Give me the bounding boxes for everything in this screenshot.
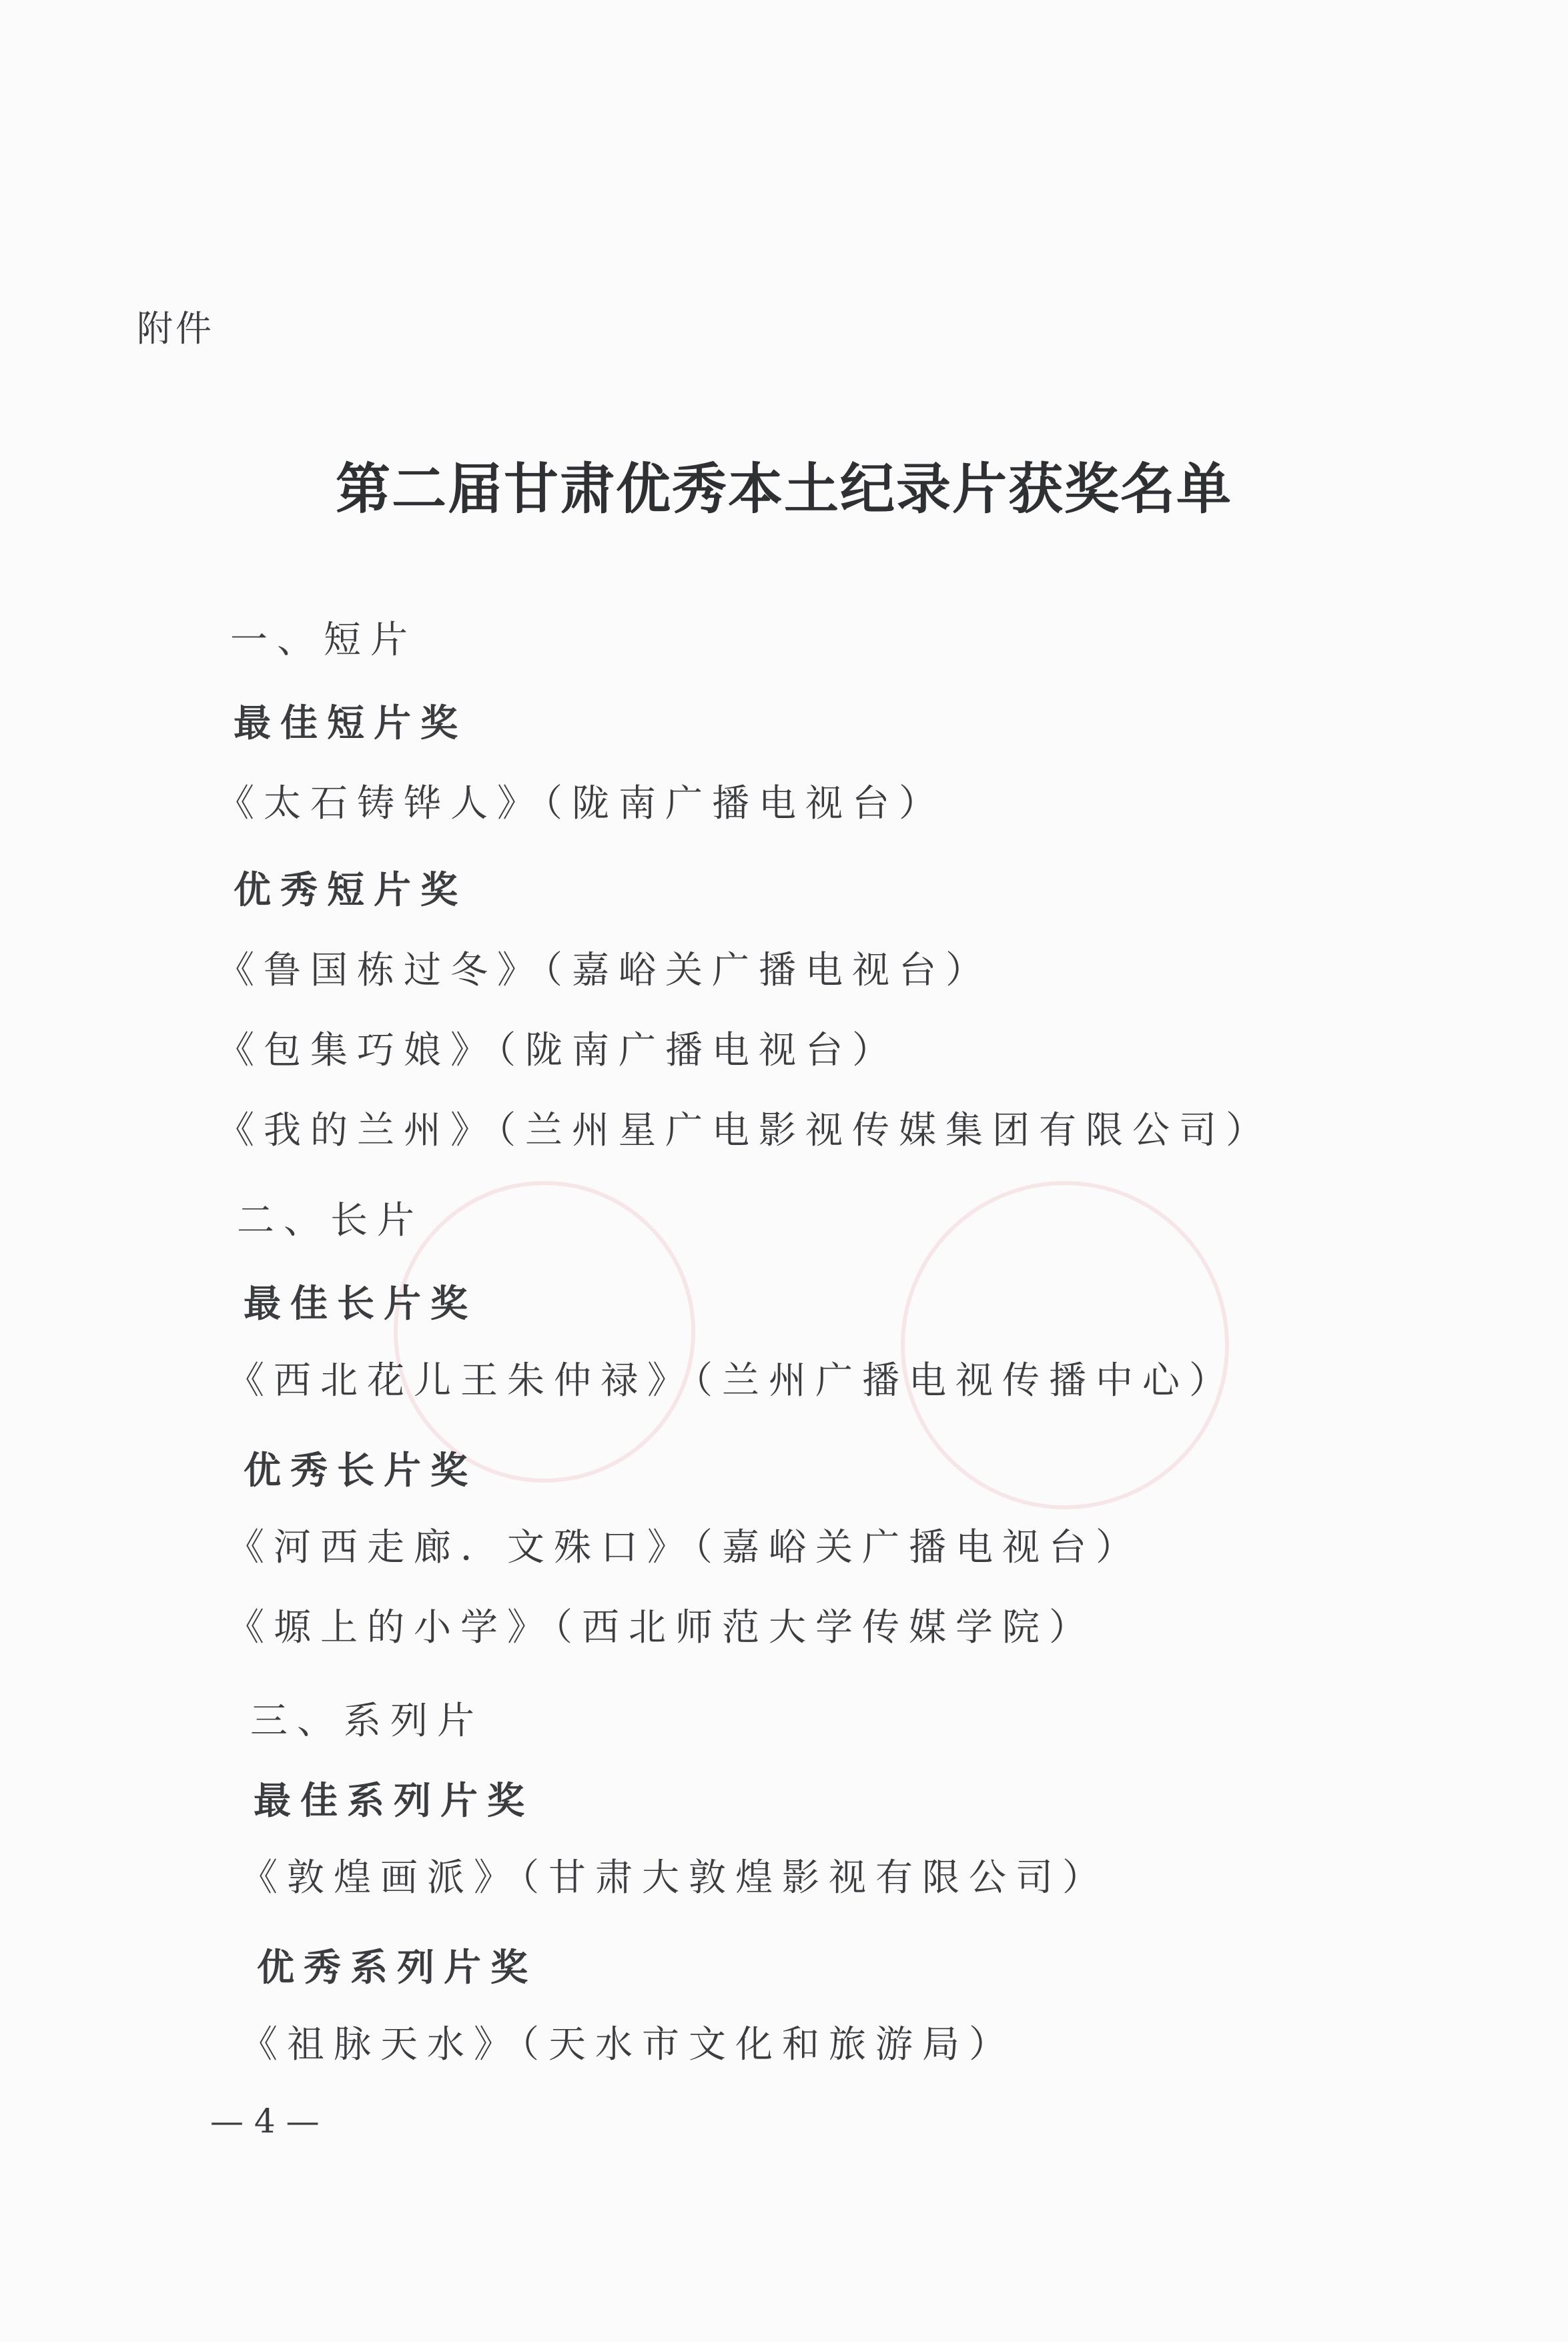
seal-stamp-left [394, 1181, 695, 1483]
section-heading-short: 一、短片 [230, 611, 417, 664]
entry: 《太石铸铧人》（陇南广播电视台） [217, 774, 945, 827]
attachment-label: 附件 [137, 300, 214, 352]
entry: 《我的兰州》（兰州星广电影视传媒集团有限公司） [217, 1101, 1272, 1154]
section-heading-long: 二、长片 [237, 1191, 424, 1244]
entry: 《敦煌画派》（甘肃大敦煌影视有限公司） [240, 1848, 1109, 1902]
section-heading-series: 三、系列片 [250, 1691, 484, 1745]
entry: 《祖脉天水》（天水市文化和旅游局） [240, 2015, 1016, 2068]
seal-stamp-right [901, 1181, 1229, 1509]
award-best-series: 最佳系列片奖 [254, 1772, 534, 1825]
entry: 《包集巧娘》（陇南广播电视台） [217, 1021, 899, 1074]
award-excellent-long: 优秀长片奖 [244, 1441, 477, 1495]
entry: 《塬上的小学》（西北师范大学传媒学院） [227, 1598, 1096, 1651]
award-excellent-short: 优秀短片奖 [234, 861, 467, 914]
award-best-short: 最佳短片奖 [234, 694, 467, 747]
entry: 《河西走廊．文殊口》（嘉峪关广播电视台） [227, 1518, 1142, 1571]
entry: 《西北花儿王朱仲禄》（兰州广播电视传播中心） [227, 1351, 1236, 1405]
entry: 《鲁国栋过冬》（嘉峪关广播电视台） [217, 941, 992, 994]
page-number: — 4 — [210, 2102, 320, 2140]
award-best-long: 最佳长片奖 [244, 1274, 477, 1328]
award-excellent-series: 优秀系列片奖 [257, 1938, 537, 1992]
document-title: 第二届甘肃优秀本土纪录片获奖名单 [0, 446, 1568, 524]
